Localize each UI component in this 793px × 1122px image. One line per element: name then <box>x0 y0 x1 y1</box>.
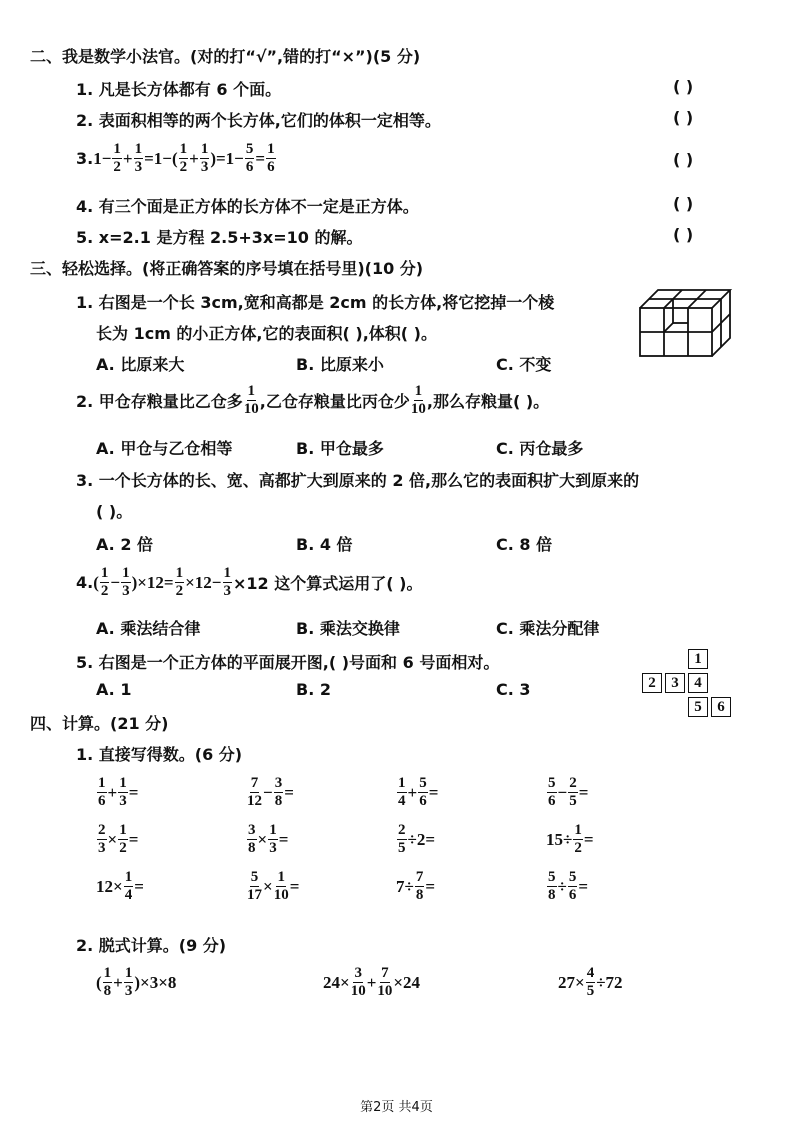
expr-part: − <box>263 783 273 803</box>
s3-q4-option-a: A. 乘法结合律 <box>96 616 200 639</box>
fraction: 110 <box>411 384 426 417</box>
fraction: 23 <box>97 823 107 856</box>
expr-part: + <box>113 973 123 993</box>
fraction: 13 <box>134 142 144 175</box>
fraction: 78 <box>415 870 425 903</box>
s3-q3-option-c: C. 8 倍 <box>496 532 552 555</box>
s4-sub2-title: 2. 脱式计算。(9 分) <box>76 933 226 956</box>
expr-part: =1−( <box>144 149 178 169</box>
fraction: 38 <box>247 823 257 856</box>
expr-part: = <box>429 783 439 803</box>
expr-part: + <box>108 783 118 803</box>
fraction: 13 <box>118 776 128 809</box>
s3-q5: 5. 右图是一个正方体的平面展开图,( )号面和 6 号面相对。 <box>76 650 499 673</box>
fraction: 38 <box>274 776 284 809</box>
fraction: 13 <box>268 823 278 856</box>
section-2-title: 二、我是数学小法官。(对的打“√”,错的打“×”)(5 分) <box>30 44 420 67</box>
fraction: 12 <box>573 823 583 856</box>
fraction: 13 <box>121 566 131 599</box>
fraction: 56 <box>568 870 578 903</box>
s3-q3-option-b: B. 4 倍 <box>296 532 353 555</box>
fraction: 517 <box>247 870 262 903</box>
expr-part: )×12= <box>132 573 174 593</box>
fraction: 13 <box>223 566 233 599</box>
expr-part: 7÷ <box>396 877 414 897</box>
cube-net-figure: 1 2 3 4 5 6 <box>642 649 742 721</box>
expr-part: = <box>129 783 139 803</box>
s3-q5-option-a: A. 1 <box>96 680 131 699</box>
s2-q3: 3. 1− 12 + 13 =1−( 12 + 13 )=1− 56 = 16 <box>76 142 277 175</box>
expr-part: + <box>408 783 418 803</box>
q-text: 凡是长方体都有 6 个面。 <box>99 80 281 99</box>
s3-q1-line2: 长为 1cm 的小正方体,它的表面积( ),体积( )。 <box>96 321 437 344</box>
fraction: 45 <box>586 966 596 999</box>
s3-q2-option-a: A. 甲仓与乙仓相等 <box>96 436 232 459</box>
expr-part: = <box>284 783 294 803</box>
fraction: 12 <box>118 823 128 856</box>
fraction: 18 <box>103 966 113 999</box>
fraction: 13 <box>124 966 134 999</box>
s3-q5-option-b: B. 2 <box>296 680 331 699</box>
net-face-1: 1 <box>688 649 708 669</box>
answer-blank-4[interactable]: ( ) <box>673 194 693 213</box>
expr-part: ÷2= <box>408 830 436 850</box>
s2-q2: 2. 表面积相等的两个长方体,它们的体积一定相等。 <box>76 108 441 131</box>
fraction: 16 <box>97 776 107 809</box>
s3-q4: 4. ( 12 − 13 )×12= 12 ×12− 13 ×12 这个算式运用… <box>76 566 422 599</box>
oral-calc-item: 56−25= <box>546 776 696 809</box>
expr-part: = <box>279 830 289 850</box>
q-text: x=2.1 是方程 2.5+3x=10 的解。 <box>99 228 363 247</box>
oral-calc-item: 14+56= <box>396 776 546 809</box>
oral-calc-item: 7÷78= <box>396 870 546 903</box>
net-face-5: 5 <box>688 697 708 717</box>
expr-part: − <box>558 783 568 803</box>
oral-calc-item: 12×14= <box>96 870 246 903</box>
expr-part: = <box>579 783 589 803</box>
fraction: 12 <box>175 566 185 599</box>
answer-blank-1[interactable]: ( ) <box>673 77 693 96</box>
s2-q1: 1. 凡是长方体都有 6 个面。 <box>76 77 281 100</box>
s3-q3-line2: ( )。 <box>96 499 132 522</box>
page-footer: 第2页 共4页 <box>0 1096 793 1115</box>
fraction: 710 <box>377 966 392 999</box>
section-4-title: 四、计算。(21 分) <box>30 711 168 734</box>
oral-calc-item: 58÷56= <box>546 870 696 903</box>
expr-part: 15÷ <box>546 830 572 850</box>
fraction: 58 <box>547 870 557 903</box>
answer-blank-3[interactable]: ( ) <box>673 150 693 169</box>
expr-2: 24× 310 + 710 ×24 <box>323 966 420 999</box>
expr-part: = <box>290 877 300 897</box>
s4-sub1-title: 1. 直接写得数。(6 分) <box>76 742 242 765</box>
expr-1: ( 18 + 13 )×3×8 <box>96 966 176 999</box>
fraction: 310 <box>351 966 366 999</box>
q-text: 有三个面是正方体的长方体不一定是正方体。 <box>99 197 419 216</box>
fraction: 12 <box>112 142 122 175</box>
net-face-6: 6 <box>711 697 731 717</box>
expr-part: + <box>367 973 377 993</box>
net-face-3: 3 <box>665 673 685 693</box>
expr-part: = <box>129 830 139 850</box>
expr-part: ( <box>96 973 102 993</box>
fraction: 56 <box>547 776 557 809</box>
expr-part: ( <box>93 573 99 593</box>
oral-calc-grid: 16+13=712−38=14+56=56−25=23×12=38×13=25÷… <box>96 776 656 903</box>
q-num: 2. <box>76 111 93 130</box>
expr-part: = <box>584 830 594 850</box>
expr-part: = <box>425 877 435 897</box>
fraction: 14 <box>397 776 407 809</box>
q-num: 1. <box>76 80 93 99</box>
s3-q1-option-b: B. 比原来小 <box>296 352 384 375</box>
oral-calc-item: 38×13= <box>246 823 396 856</box>
expr-part: × <box>258 830 268 850</box>
oral-calc-item: 712−38= <box>246 776 396 809</box>
expr-part: )×3×8 <box>134 973 176 993</box>
fraction: 25 <box>568 776 578 809</box>
net-face-2: 2 <box>642 673 662 693</box>
q-num: 4. <box>76 197 93 216</box>
s3-q1-option-c: C. 不变 <box>496 352 551 375</box>
s3-q3-option-a: A. 2 倍 <box>96 532 153 555</box>
fraction: 56 <box>245 142 255 175</box>
expr-part: 12× <box>96 877 123 897</box>
s3-q3-line1: 3. 一个长方体的长、宽、高都扩大到原来的 2 倍,那么它的表面积扩大到原来的 <box>76 468 639 491</box>
q-text: ×12 这个算式运用了( )。 <box>233 571 422 594</box>
expr-part: ×12− <box>185 573 221 593</box>
expr-part: ×24 <box>393 973 420 993</box>
expr-part: × <box>263 877 273 897</box>
expr-part: × <box>108 830 118 850</box>
q-text: 2. 甲仓存粮量比乙仓多 <box>76 389 243 412</box>
expr-part: = <box>134 877 144 897</box>
section-3-title: 三、轻松选择。(将正确答案的序号填在括号里)(10 分) <box>30 256 423 279</box>
s3-q1-option-a: A. 比原来大 <box>96 352 184 375</box>
cuboid-figure <box>638 288 738 360</box>
expr-part: + <box>123 149 133 169</box>
s2-q5: 5. x=2.1 是方程 2.5+3x=10 的解。 <box>76 225 362 248</box>
answer-blank-2[interactable]: ( ) <box>673 108 693 127</box>
fraction: 712 <box>247 776 262 809</box>
expr-part: 27× <box>558 973 585 993</box>
expr-part: ÷72 <box>596 973 622 993</box>
s3-q4-option-b: B. 乘法交换律 <box>296 616 400 639</box>
expr-part: = <box>255 149 265 169</box>
answer-blank-5[interactable]: ( ) <box>673 225 693 244</box>
q-text: ,乙仓存粮量比丙仓少 <box>260 389 410 412</box>
oral-calc-item: 16+13= <box>96 776 246 809</box>
expr-part: 1− <box>93 149 111 169</box>
q-num: 3. <box>76 149 93 168</box>
fraction: 16 <box>266 142 276 175</box>
q-num: 5. <box>76 228 93 247</box>
net-face-4: 4 <box>688 673 708 693</box>
s3-q4-option-c: C. 乘法分配律 <box>496 616 599 639</box>
fraction: 12 <box>179 142 189 175</box>
q-text: 表面积相等的两个长方体,它们的体积一定相等。 <box>99 111 441 130</box>
expr-part: )=1− <box>210 149 244 169</box>
s3-q2-option-b: B. 甲仓最多 <box>296 436 384 459</box>
oral-calc-item: 15÷12= <box>546 823 696 856</box>
s3-q5-option-c: C. 3 <box>496 680 531 699</box>
s3-q2: 2. 甲仓存粮量比乙仓多 110 ,乙仓存粮量比丙仓少 110 ,那么存粮量( … <box>76 384 549 417</box>
s2-q4: 4. 有三个面是正方体的长方体不一定是正方体。 <box>76 194 419 217</box>
expr-3: 27× 45 ÷72 <box>558 966 623 999</box>
q-num: 4. <box>76 573 93 592</box>
expr-part: + <box>189 149 199 169</box>
expr-part: − <box>110 573 120 593</box>
fraction: 110 <box>274 870 289 903</box>
expr-part: 24× <box>323 973 350 993</box>
s3-q2-option-c: C. 丙仓最多 <box>496 436 583 459</box>
fraction: 14 <box>124 870 134 903</box>
oral-calc-item: 517×110= <box>246 870 396 903</box>
expr-part: ÷ <box>558 877 567 897</box>
oral-calc-item: 25÷2= <box>396 823 546 856</box>
fraction: 56 <box>418 776 428 809</box>
expr-part: = <box>578 877 588 897</box>
oral-calc-item: 23×12= <box>96 823 246 856</box>
fraction: 12 <box>100 566 110 599</box>
fraction: 13 <box>200 142 210 175</box>
fraction: 25 <box>397 823 407 856</box>
q-text: ,那么存粮量( )。 <box>427 389 549 412</box>
s3-q1-line1: 1. 右图是一个长 3cm,宽和高都是 2cm 的长方体,将它挖掉一个棱 <box>76 290 554 313</box>
fraction: 110 <box>244 384 259 417</box>
